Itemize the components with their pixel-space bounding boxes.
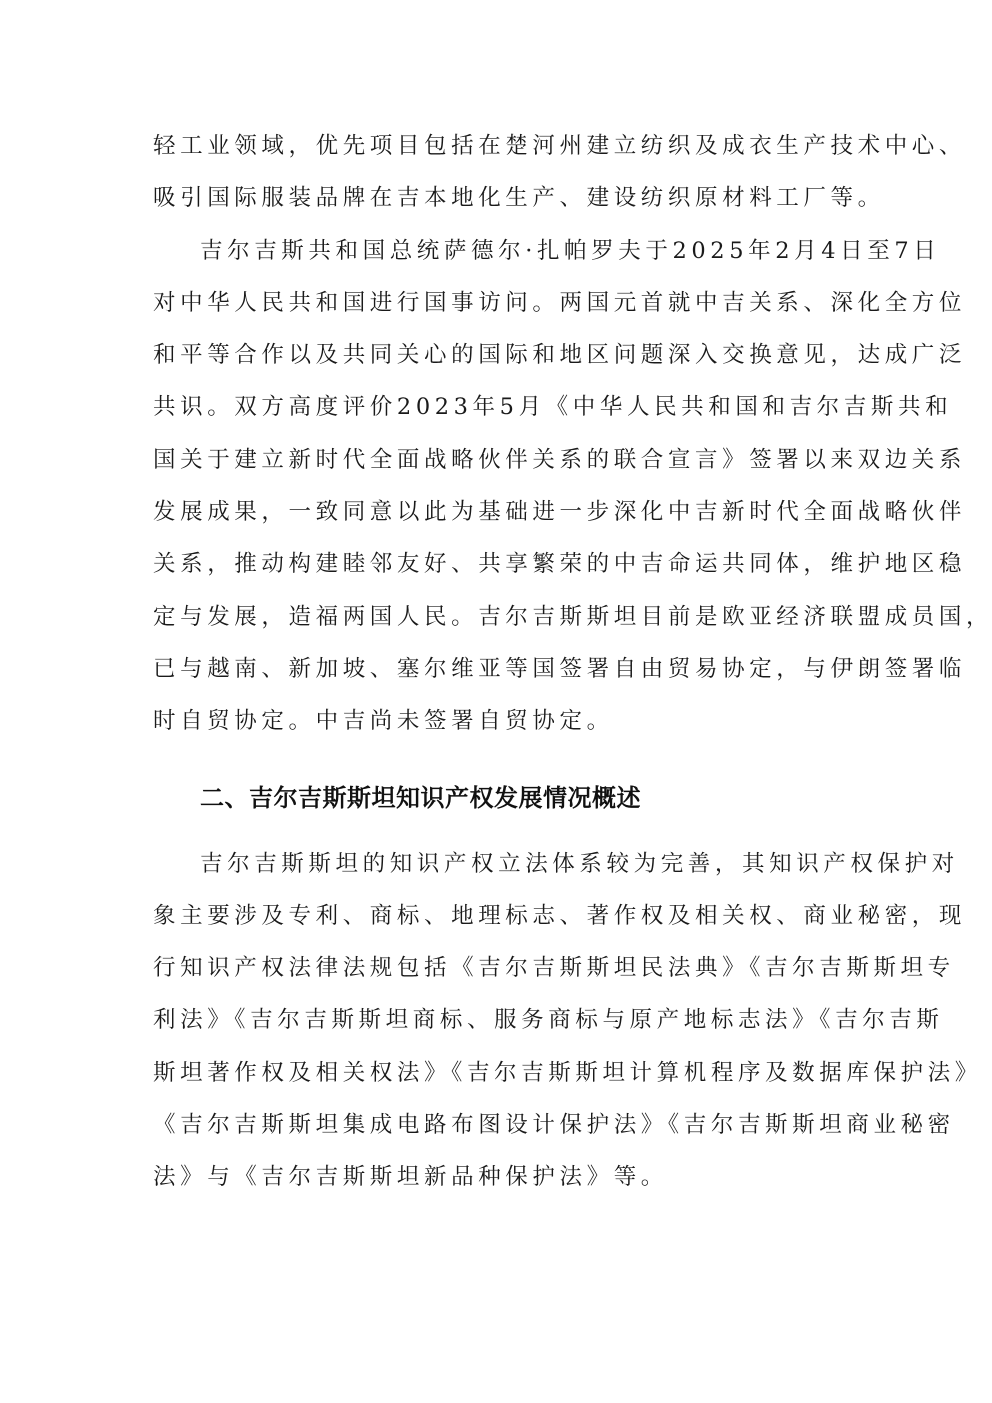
text-line: 法》与《吉尔吉斯斯坦新品种保护法》等。 [153,1159,843,1211]
text-line: 定与发展，造福两国人民。吉尔吉斯斯坦目前是欧亚经济联盟成员国， [153,599,843,651]
text-line: 吉尔吉斯斯坦的知识产权立法体系较为完善，其知识产权保护对 [153,846,843,898]
text-line: 国关于建立新时代全面战略伙伴关系的联合宣言》签署以来双边关系 [153,442,843,494]
text-line: 行知识产权法律法规包括《吉尔吉斯斯坦民法典》《吉尔吉斯斯坦专 [153,950,843,1002]
text-line: 对中华人民共和国进行国事访问。两国元首就中吉关系、深化全方位 [153,285,843,337]
text-line: 利法》《吉尔吉斯斯坦商标、服务商标与原产地标志法》《吉尔吉斯 [153,1002,843,1054]
document-page: 轻工业领域，优先项目包括在楚河州建立纺织及成衣生产技术中心、 吸引国际服装品牌在… [153,128,843,1212]
text-line: 发展成果，一致同意以此为基础进一步深化中吉新时代全面战略伙伴 [153,494,843,546]
text-line: 共识。双方高度评价2023年5月《中华人民共和国和吉尔吉斯共和 [153,389,843,441]
text-line: 斯坦著作权及相关权法》《吉尔吉斯斯坦计算机程序及数据库保护法》 [153,1055,843,1107]
text-line: 轻工业领域，优先项目包括在楚河州建立纺织及成衣生产技术中心、 [153,128,843,180]
text-line: 吉尔吉斯共和国总统萨德尔·扎帕罗夫于2025年2月4日至7日 [153,233,843,285]
text-line: 《吉尔吉斯斯坦集成电路布图设计保护法》《吉尔吉斯斯坦商业秘密 [153,1107,843,1159]
paragraph-light-industry: 轻工业领域，优先项目包括在楚河州建立纺织及成衣生产技术中心、 吸引国际服装品牌在… [153,128,843,233]
section-heading: 二、吉尔吉斯斯坦知识产权发展情况概述 [153,780,843,816]
text-line: 关系，推动构建睦邻友好、共享繁荣的中吉命运共同体，维护地区稳 [153,546,843,598]
paragraph-ip-legislation: 吉尔吉斯斯坦的知识产权立法体系较为完善，其知识产权保护对 象主要涉及专利、商标、… [153,846,843,1212]
text-line: 已与越南、新加坡、塞尔维亚等国签署自由贸易协定，与伊朗签署临 [153,651,843,703]
text-line: 象主要涉及专利、商标、地理标志、著作权及相关权、商业秘密，现 [153,898,843,950]
text-line: 和平等合作以及共同关心的国际和地区问题深入交换意见，达成广泛 [153,337,843,389]
text-line: 时自贸协定。中吉尚未签署自贸协定。 [153,703,843,755]
text-line: 吸引国际服装品牌在吉本地化生产、建设纺织原材料工厂等。 [153,180,843,232]
paragraph-state-visit: 吉尔吉斯共和国总统萨德尔·扎帕罗夫于2025年2月4日至7日 对中华人民共和国进… [153,233,843,756]
